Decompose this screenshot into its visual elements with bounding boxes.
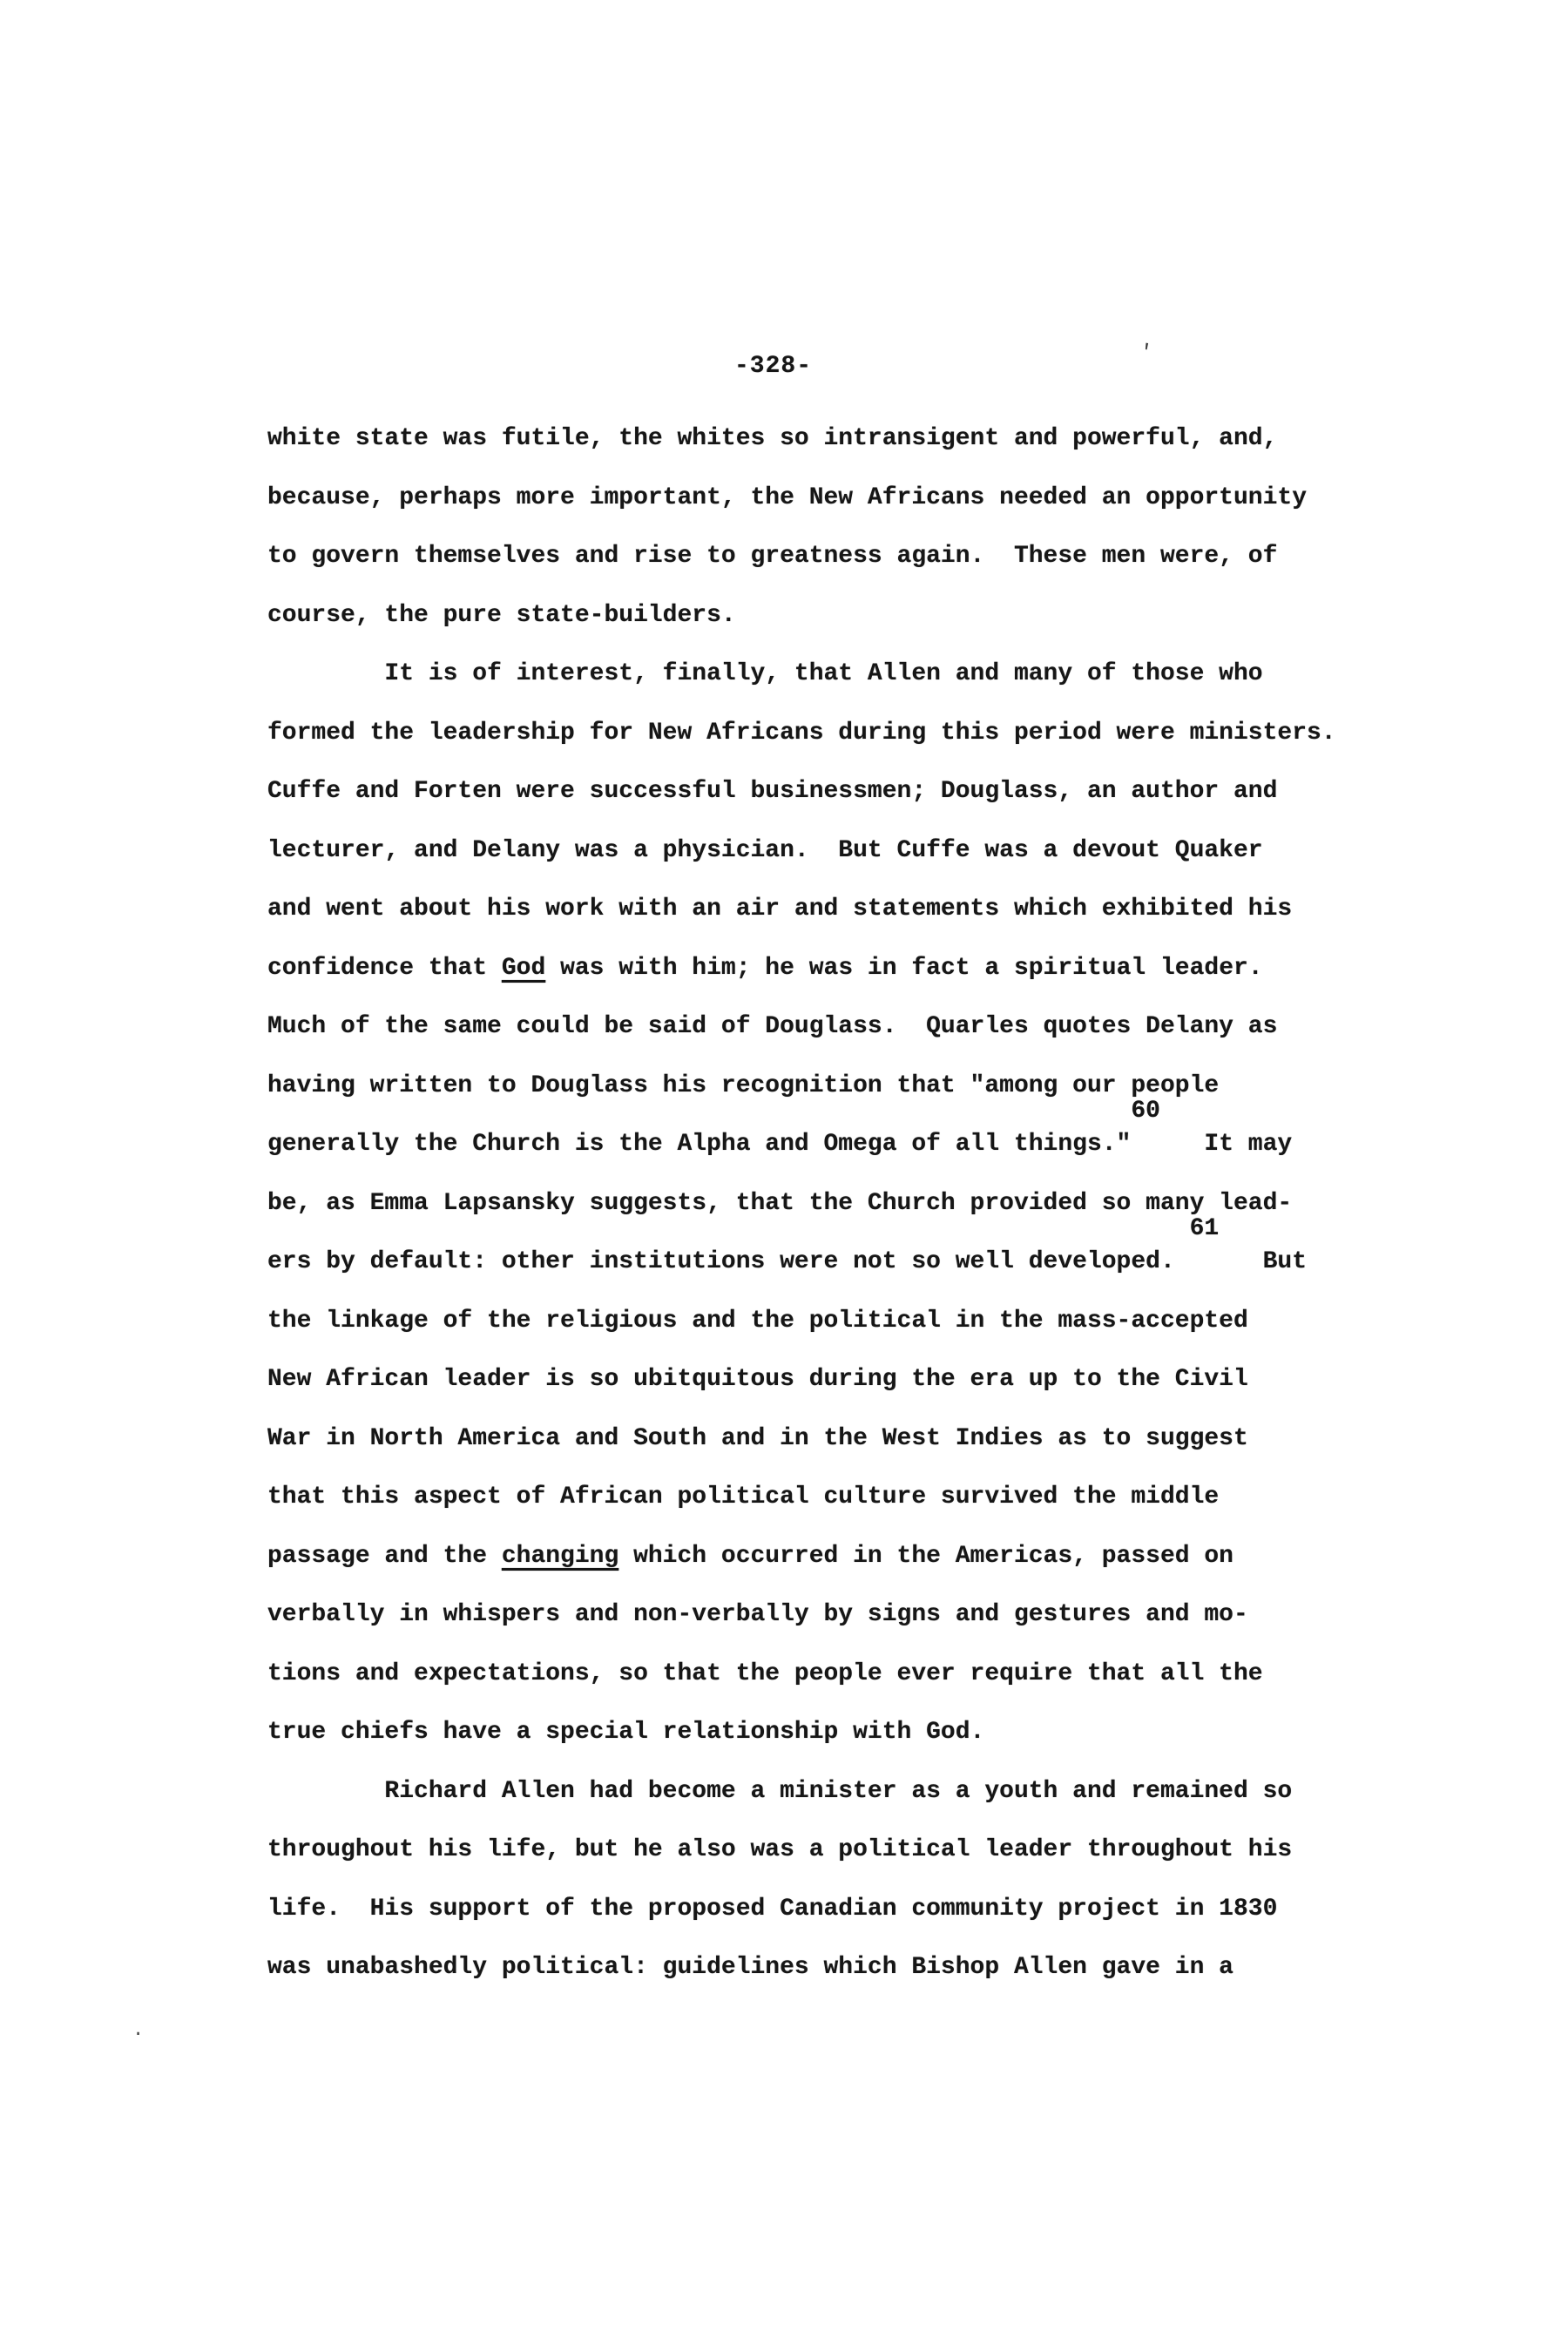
- underlined-word: changing: [502, 1543, 618, 1570]
- text-line: white state was futile, the whites so in…: [267, 409, 1382, 469]
- text-line: Richard Allen had become a minister as a…: [267, 1762, 1382, 1821]
- text-segment: lecturer, and Delany was a physician. Bu…: [267, 837, 1263, 864]
- text-line: to govern themselves and rise to greatne…: [267, 527, 1382, 586]
- text-line: Much of the same could be said of Dougla…: [267, 997, 1382, 1057]
- text-line: and went about his work with an air and …: [267, 880, 1382, 939]
- text-line: having written to Douglass his recogniti…: [267, 1057, 1382, 1116]
- underlined-word: God: [502, 955, 545, 982]
- text-line: New African leader is so ubitquitous dur…: [267, 1350, 1382, 1409]
- text-line: course, the pure state-builders.: [267, 586, 1382, 645]
- text-segment: New African leader is so ubitquitous dur…: [267, 1366, 1248, 1393]
- text-line: tions and expectations, so that the peop…: [267, 1645, 1382, 1704]
- text-line: the linkage of the religious and the pol…: [267, 1292, 1382, 1351]
- text-segment: It may: [1160, 1131, 1292, 1158]
- text-segment: the linkage of the religious and the pol…: [267, 1308, 1248, 1335]
- text-line: that this aspect of African political cu…: [267, 1468, 1382, 1527]
- text-segment: It is of interest, finally, that Allen a…: [267, 660, 1263, 687]
- text-segment: Much of the same could be said of Dougla…: [267, 1013, 1277, 1040]
- text-line: verbally in whispers and non-verbally by…: [267, 1585, 1382, 1645]
- text-block: white state was futile, the whites so in…: [267, 409, 1382, 1997]
- text-line: It is of interest, finally, that Allen a…: [267, 645, 1382, 704]
- text-segment: generally the Church is the Alpha and Om…: [267, 1131, 1131, 1158]
- text-segment: true chiefs have a special relationship …: [267, 1719, 984, 1746]
- footnote-superscript: 61: [1190, 1215, 1220, 1242]
- text-line: because, perhaps more important, the New…: [267, 469, 1382, 528]
- footnote-superscript: 60: [1131, 1098, 1160, 1125]
- text-segment: confidence that: [267, 955, 502, 982]
- text-line: was unabashedly political: guidelines wh…: [267, 1938, 1382, 1997]
- text-segment: passage and the: [267, 1543, 502, 1570]
- text-line: throughout his life, but he also was a p…: [267, 1821, 1382, 1880]
- stray-mark-bottom-left: .: [132, 2019, 144, 2041]
- text-line: War in North America and South and in th…: [267, 1409, 1382, 1469]
- text-line: confidence that God was with him; he was…: [267, 939, 1382, 998]
- text-line: lecturer, and Delany was a physician. Bu…: [267, 821, 1382, 881]
- text-segment: tions and expectations, so that the peop…: [267, 1660, 1263, 1687]
- text-line: Cuffe and Forten were successful busines…: [267, 762, 1382, 821]
- text-segment: to govern themselves and rise to greatne…: [267, 543, 1277, 570]
- text-segment: was with him; he was in fact a spiritual…: [545, 955, 1262, 982]
- text-segment: Richard Allen had become a minister as a…: [267, 1778, 1292, 1805]
- text-segment: But: [1219, 1248, 1307, 1275]
- text-line: passage and the changing which occurred …: [267, 1527, 1382, 1586]
- text-line: generally the Church is the Alpha and Om…: [267, 1115, 1382, 1174]
- page-number: -328-: [734, 353, 812, 380]
- document-page: -328- ' white state was futile, the whit…: [0, 0, 1568, 2352]
- text-segment: which occurred in the Americas, passed o…: [618, 1543, 1233, 1570]
- text-segment: white state was futile, the whites so in…: [267, 425, 1277, 452]
- text-line: ers by default: other institutions were …: [267, 1233, 1382, 1292]
- text-segment: War in North America and South and in th…: [267, 1425, 1248, 1452]
- text-segment: formed the leadership for New Africans d…: [267, 720, 1336, 747]
- text-segment: verbally in whispers and non-verbally by…: [267, 1601, 1248, 1628]
- text-segment: course, the pure state-builders.: [267, 602, 736, 629]
- text-segment: having written to Douglass his recogniti…: [267, 1072, 1219, 1099]
- text-segment: throughout his life, but he also was a p…: [267, 1836, 1292, 1863]
- text-segment: be, as Emma Lapsansky suggests, that the…: [267, 1190, 1292, 1217]
- text-segment: Cuffe and Forten were successful busines…: [267, 778, 1277, 805]
- text-line: formed the leadership for New Africans d…: [267, 704, 1382, 763]
- text-segment: and went about his work with an air and …: [267, 896, 1292, 923]
- text-segment: life. His support of the proposed Canadi…: [267, 1896, 1277, 1923]
- stray-mark-top-right: ': [1138, 341, 1153, 366]
- text-segment: that this aspect of African political cu…: [267, 1484, 1219, 1511]
- text-segment: was unabashedly political: guidelines wh…: [267, 1954, 1233, 1981]
- text-line: true chiefs have a special relationship …: [267, 1703, 1382, 1762]
- text-segment: because, perhaps more important, the New…: [267, 484, 1307, 511]
- text-segment: ers by default: other institutions were …: [267, 1248, 1190, 1275]
- text-line: life. His support of the proposed Canadi…: [267, 1880, 1382, 1939]
